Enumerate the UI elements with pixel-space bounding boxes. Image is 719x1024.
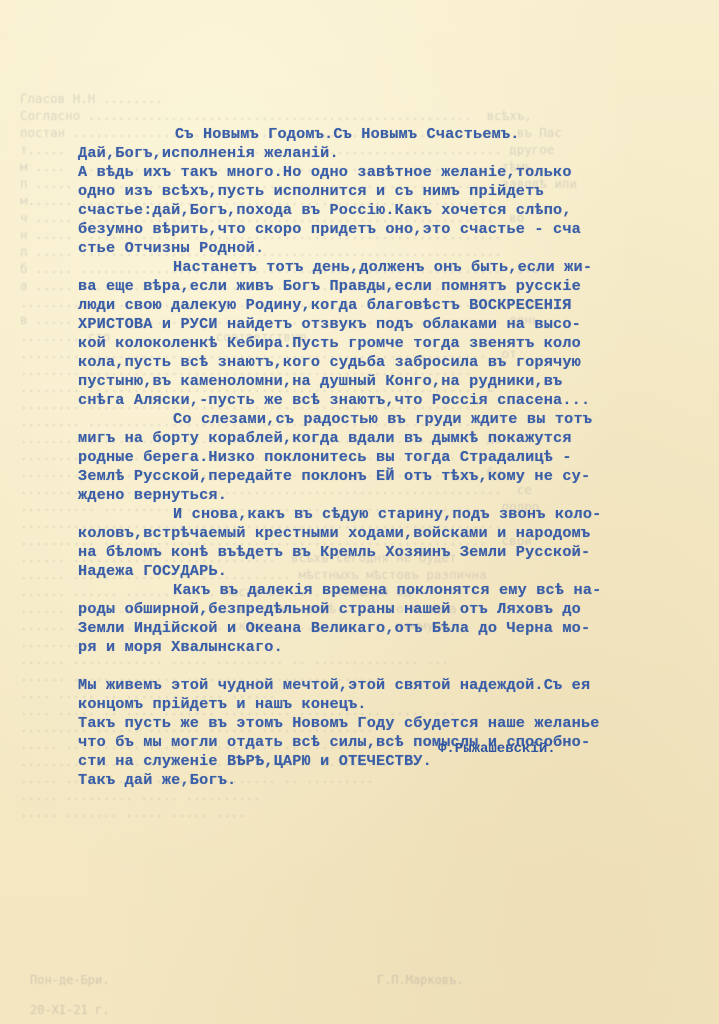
letter-line: А вѣдь ихъ такъ много.Но одно завѣтное ж… — [78, 163, 698, 182]
letter-line: роды обширной,безпредѣльной страны нашей… — [78, 600, 698, 619]
letter-line: Мы живемъ этой чудной мечтой,этой святой… — [78, 676, 698, 695]
letter-line: ХРИСТОВА и РУСИ найдетъ отзвукъ подъ обл… — [78, 315, 698, 334]
blank-line — [78, 657, 698, 676]
letter-line: снѣга Аляски,-пусть же всѣ знаютъ,что Ро… — [78, 391, 698, 410]
letter-line: родные берега.Низко поклонитесь вы тогда… — [78, 448, 698, 467]
letter-title: Съ Новымъ Годомъ.Съ Новымъ Счастьемъ. — [78, 125, 698, 144]
letter-line: Надежа ГОСУДАРЬ. — [78, 562, 698, 581]
letter-line: ва еще вѣра,если живъ Богъ Правды,если п… — [78, 277, 698, 296]
letter-line: счастье:дай,Богъ,похода въ Россію.Какъ х… — [78, 201, 698, 220]
letter-line: мигъ на борту кораблей,когда вдали въ ды… — [78, 429, 698, 448]
letter-line: И снова,какъ въ сѣдую старину,подъ звонъ… — [78, 505, 698, 524]
letter-line: ря и моря Хвалынскаго. — [78, 638, 698, 657]
letter-line: что бъ мы могли отдать всѣ силы,всѣ помы… — [78, 733, 698, 752]
letter-body: Съ Новымъ Годомъ.Съ Новымъ Счастьемъ. Да… — [78, 125, 698, 790]
reverse-side-footer-bleed: Пон-де-Бри. Г.П.Марковъ. 20-XI-21 г. — [30, 965, 719, 1024]
letter-line: Земли Индійской и Океана Великаго,отъ Бѣ… — [78, 619, 698, 638]
letter-line: безумно вѣрить,что скоро придетъ оно,это… — [78, 220, 698, 239]
letter-line: коловъ,встрѣчаемый крестными ходами,войс… — [78, 524, 698, 543]
letter-line: концомъ прійдетъ и нашъ конецъ. — [78, 695, 698, 714]
letter-line: на бѣломъ конѣ въѣдетъ въ Кремль Хозяинъ… — [78, 543, 698, 562]
letter-line: Дай,Богъ,исполненія желаній. — [78, 144, 698, 163]
letter-line: Землѣ Русской,передайте поклонъ ЕЙ отъ т… — [78, 467, 698, 486]
letter-line: ждено вернуться. — [78, 486, 698, 505]
letter-line: Какъ въ далекія времена поклонятся ему в… — [78, 581, 698, 600]
letter-line: пустыню,въ каменоломни,на душный Конго,н… — [78, 372, 698, 391]
letter-line: сти на служеніе ВѢРѢ,ЦАРЮ и ОТЕЧЕСТВУ. — [78, 752, 698, 771]
signature: Ф.Рыжашевскій. — [438, 741, 556, 757]
letter-line: Настанетъ тотъ день,долженъ онъ быть,есл… — [78, 258, 698, 277]
letter-line: кой колоколенкѣ Кебира.Пусть громче тогд… — [78, 334, 698, 353]
letter-line: кола,пусть всѣ знаютъ,кого судьба заброс… — [78, 353, 698, 372]
letter-line: стье Отчизны Родной. — [78, 239, 698, 258]
letter-line: Такъ пусть же въ этомъ Новомъ Году сбуде… — [78, 714, 698, 733]
letter-line: люди свою далекую Родину,когда благовѣст… — [78, 296, 698, 315]
letter-line: одно изъ всѣхъ,пусть исполнится и съ ним… — [78, 182, 698, 201]
letter-line: Такъ дай же,Богъ. — [78, 771, 698, 790]
letter-line: Со слезами,съ радостью въ груди ждите вы… — [78, 410, 698, 429]
